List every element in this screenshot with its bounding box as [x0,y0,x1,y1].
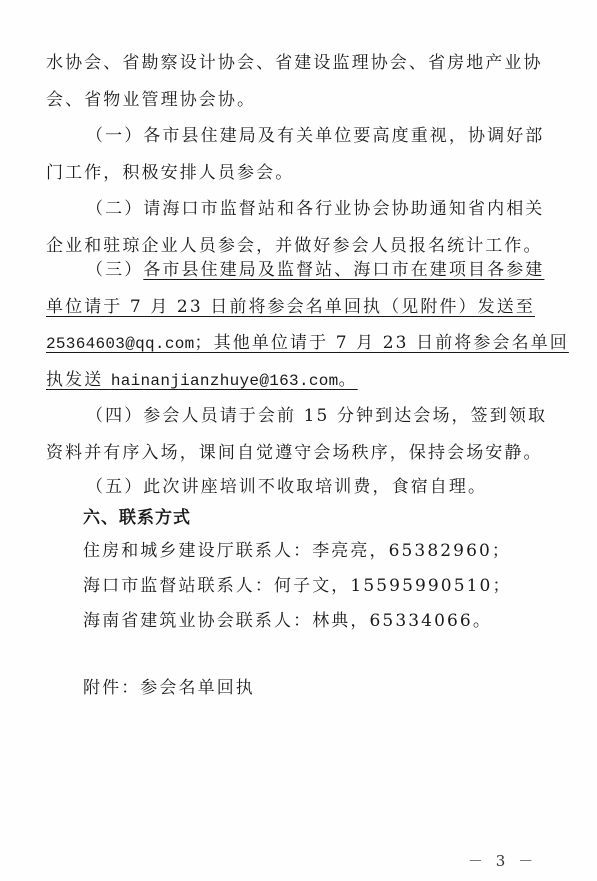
email-link[interactable]: hainanjianzhuye@163.com [111,372,339,390]
item-3-text: 。 [339,370,358,390]
item-4-line: 资料并有序入场，课间自觉遵守会场秩序，保持会场安静。 [46,442,543,464]
paragraph-line: 会、省物业管理协会协。 [46,89,256,111]
item-3-line: （三）各市县住建局及监督站、海口市在建项目各参建 [86,259,544,281]
item-3-line: 执发送 hainanjianzhuye@163.com。 [46,369,358,392]
item-5-line: （五）此次讲座培训不收取培训费，食宿自理。 [86,476,487,498]
item-4-line: （四）参会人员请于会前 15 分钟到达会场，签到领取 [86,405,547,427]
item-3-prefix: （三） [86,260,143,280]
item-3-line: 25364603@qq.com；其他单位请于 7 月 23 日前将参会名单回 [46,332,569,355]
item-3-text: ；其他单位请于 7 月 23 日前将参会名单回 [195,333,569,353]
page-number: － 3 － [468,850,537,871]
item-2-line: 企业和驻琼企业人员参会，并做好参会人员报名统计工作。 [46,235,543,257]
email-link[interactable]: 25364603@qq.com [46,335,195,353]
document-page: 水协会、省勘察设计协会、省建设监理协会、省房地产业协 会、省物业管理协会协。 （… [0,0,597,881]
section-heading: 六、联系方式 [83,507,191,529]
item-3-text: 执发送 [46,370,111,390]
item-1-line: （一）各市县住建局及有关单位要高度重视，协调好部 [86,125,544,147]
item-3-line: 单位请于 7 月 23 日前将参会名单回执（见附件）发送至 [46,296,535,318]
contact-line: 住房和城乡建设厅联系人：李亮亮，65382960； [83,540,511,562]
attachment-note: 附件：参会名单回执 [83,677,255,699]
contact-line: 海口市监督站联系人：何子文，15595990510； [83,575,512,597]
paragraph-line: 水协会、省勘察设计协会、省建设监理协会、省房地产业协 [46,52,543,74]
item-3-underlined-text: 各市县住建局及监督站、海口市在建项目各参建 [143,260,544,280]
contact-line: 海南省建筑业协会联系人：林典，65334066。 [83,610,492,632]
item-2-line: （二）请海口市监督站和各行业协会协助通知省内相关 [86,198,544,220]
item-1-line: 门工作，积极安排人员参会。 [46,162,294,184]
